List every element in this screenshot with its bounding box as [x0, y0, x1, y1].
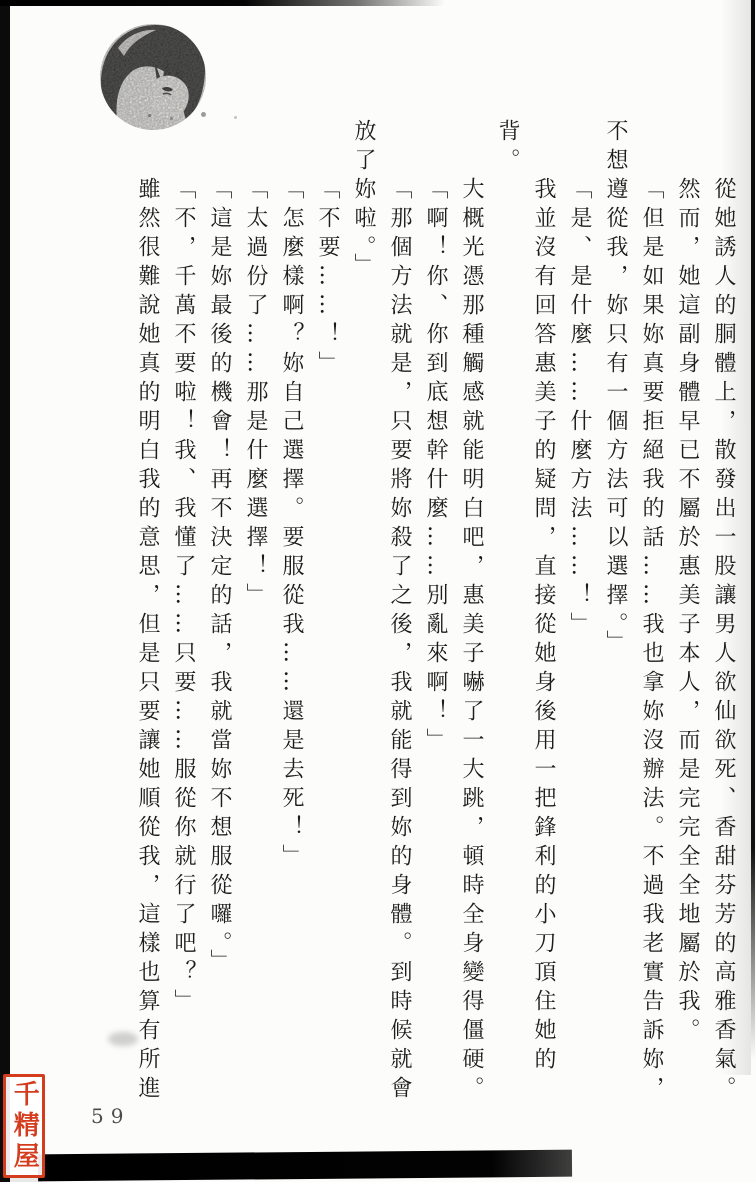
red-seal-stamp: 千精屋 [3, 1074, 45, 1178]
paragraph: 「但是如果妳真要拒絕我的話……我也拿妳沒辦法。不過我老實告訴妳，不想遵從我，妳只… [597, 119, 669, 1111]
page-number: 59 [91, 1104, 130, 1128]
paragraph: 「不要……！」 [309, 119, 345, 1111]
book-page: 從她誘人的胴體上，散發出一股讓男人欲仙欲死、香甜芬芳的高雅香氣。 然而，她這副身… [0, 0, 756, 1182]
paragraph: 然而，她這副身體早已不屬於惠美子本人，而是完完全全地屬於我。 [669, 119, 705, 1111]
paragraph: 「那個方法就是，只要將妳殺了之後，我就能得到妳的身體。到時候就會放了妳啦。」 [345, 119, 417, 1111]
scan-border-bottom [38, 1150, 572, 1182]
scan-speck [148, 114, 151, 117]
paragraph: 「太過份了……那是什麼選擇！」 [237, 119, 273, 1111]
paragraph: 「啊！你、你到底想幹什麼……別亂來啊！」 [417, 119, 453, 1111]
scan-border-left [0, 0, 10, 1182]
paragraph: 雖然很難說她真的明白我的意思，但是只要讓她順從我，這樣也算有所進 [129, 119, 165, 1111]
novel-text-body: 從她誘人的胴體上，散發出一股讓男人欲仙欲死、香甜芬芳的高雅香氣。 然而，她這副身… [93, 119, 741, 1111]
anime-girl-portrait-svg [96, 20, 210, 134]
paragraph: 我並沒有回答惠美子的疑問，直接從她身後用一把鋒利的小刀頂住她的背。 [489, 119, 561, 1111]
paragraph: 「怎麼樣啊？妳自己選擇。要服從我……還是去死！」 [273, 119, 309, 1111]
paragraph: 「這是妳最後的機會！再不決定的話，我就當妳不想服從囉。」 [201, 119, 237, 1111]
scan-border-top [0, 0, 445, 6]
paragraph: 從她誘人的胴體上，散發出一股讓男人欲仙欲死、香甜芬芳的高雅香氣。 [705, 119, 741, 1111]
paragraph: 「是、是什麼……什麼方法……！」 [561, 119, 597, 1111]
paragraph: 大概光憑那種觸感就能明白吧，惠美子嚇了一大跳，頓時全身變得僵硬。 [453, 119, 489, 1111]
scan-border-right [751, 0, 755, 1060]
ink-bleed-mark [108, 1032, 138, 1046]
paragraph: 「不，千萬不要啦！我、我懂了……只要……服從你就行了吧？」 [165, 119, 201, 1111]
anime-girl-illustration [96, 20, 210, 134]
seal-characters: 千精屋 [10, 1080, 39, 1173]
